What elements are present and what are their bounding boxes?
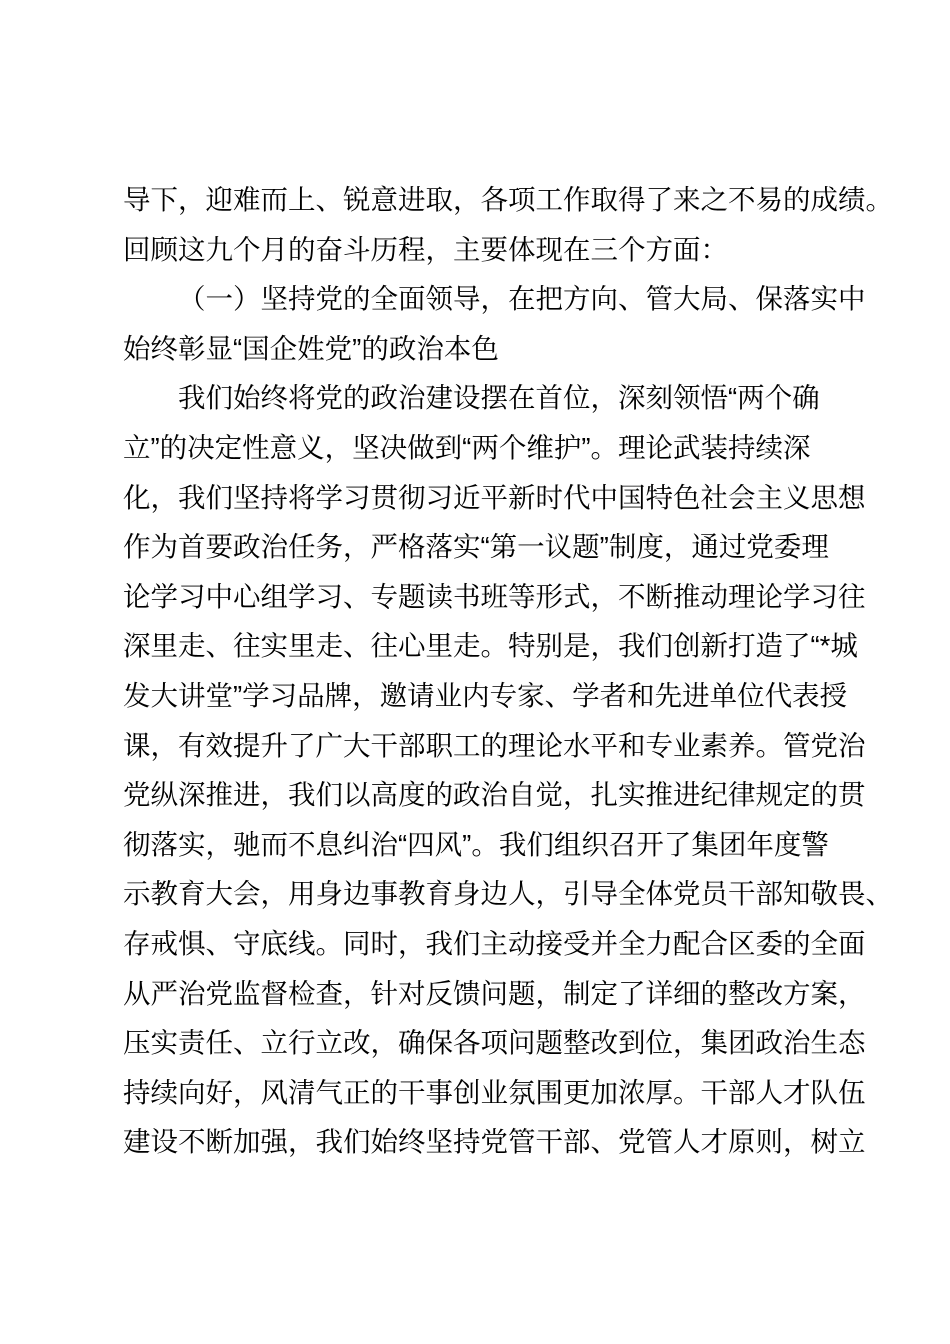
paragraph-body: 我们始终将党的政治建设摆在首位，深刻领悟“两个确立”的决定性意义，坚决做到“两个… <box>123 373 869 1167</box>
text-line: 化，我们坚持将学习贯彻习近平新时代中国特色社会主义思想 <box>123 473 869 523</box>
text-line: 示教育大会，用身边事教育身边人，引导全体党员干部知敬畏、 <box>123 869 869 919</box>
text-line: 作为首要政治任务，严格落实“第一议题”制度，通过党委理 <box>123 522 869 572</box>
document-text-block: 导下，迎难而上、锐意进取，各项工作取得了来之不易的成绩。回顾这九个月的奋斗历程，… <box>123 175 869 1167</box>
text-line: 始终彰显“国企姓党”的政治本色 <box>123 324 869 374</box>
text-line: 立”的决定性意义，坚决做到“两个维护”。理论武装持续深 <box>123 423 869 473</box>
text-line: 导下，迎难而上、锐意进取，各项工作取得了来之不易的成绩。 <box>123 175 869 225</box>
paragraph-section-heading: （一）坚持党的全面领导，在把方向、管大局、保落实中始终彰显“国企姓党”的政治本色 <box>123 274 869 373</box>
text-line: 我们始终将党的政治建设摆在首位，深刻领悟“两个确 <box>123 373 869 423</box>
text-line: 深里走、往实里走、往心里走。特别是，我们创新打造了“*城 <box>123 621 869 671</box>
text-line: （一）坚持党的全面领导，在把方向、管大局、保落实中 <box>123 274 869 324</box>
text-line: 回顾这九个月的奋斗历程，主要体现在三个方面： <box>123 225 869 275</box>
text-line: 存戒惧、守底线。同时，我们主动接受并全力配合区委的全面 <box>123 919 869 969</box>
paragraph-body-continuation: 导下，迎难而上、锐意进取，各项工作取得了来之不易的成绩。回顾这九个月的奋斗历程，… <box>123 175 869 274</box>
text-line: 发大讲堂”学习品牌，邀请业内专家、学者和先进单位代表授 <box>123 671 869 721</box>
text-line: 课，有效提升了广大干部职工的理论水平和专业素养。管党治 <box>123 721 869 771</box>
text-line: 压实责任、立行立改，确保各项问题整改到位，集团政治生态 <box>123 1018 869 1068</box>
text-line: 论学习中心组学习、专题读书班等形式，不断推动理论学习往 <box>123 572 869 622</box>
text-line: 持续向好，风清气正的干事创业氛围更加浓厚。干部人才队伍 <box>123 1068 869 1118</box>
text-line: 建设不断加强，我们始终坚持党管干部、党管人才原则，树立 <box>123 1117 869 1167</box>
text-line: 从严治党监督检查，针对反馈问题，制定了详细的整改方案， <box>123 969 869 1019</box>
text-line: 党纵深推进，我们以高度的政治自觉，扎实推进纪律规定的贯 <box>123 770 869 820</box>
document-page: 导下，迎难而上、锐意进取，各项工作取得了来之不易的成绩。回顾这九个月的奋斗历程，… <box>0 0 950 1344</box>
text-line: 彻落实，驰而不息纠治“四风”。我们组织召开了集团年度警 <box>123 820 869 870</box>
